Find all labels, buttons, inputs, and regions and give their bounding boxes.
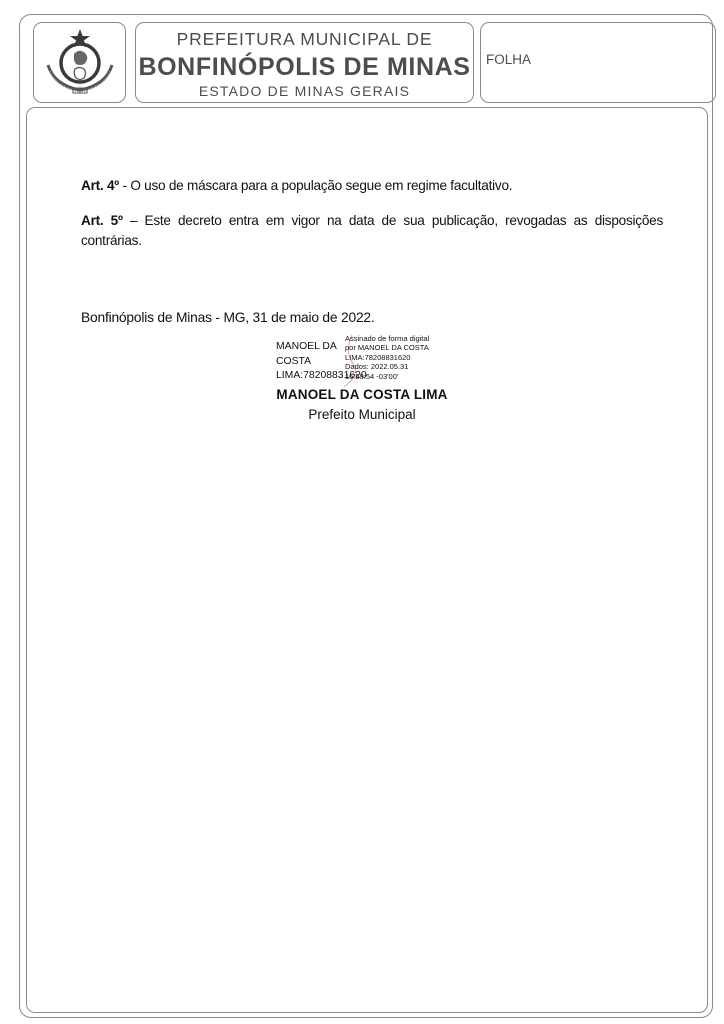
coat-of-arms-icon <box>40 27 120 100</box>
article-5-text: Este decreto entra em vigor na data de s… <box>81 213 663 248</box>
header-state: ESTADO DE MINAS GERAIS <box>136 83 473 99</box>
signer-role: Prefeito Municipal <box>0 407 724 422</box>
folha-label: FOLHA <box>486 52 531 67</box>
article-5: Art. 5º – Este decreto entra em vigor na… <box>81 211 663 251</box>
header-line1: PREFEITURA MUNICIPAL DE <box>136 29 473 50</box>
place-date: Bonfinópolis de Minas - MG, 31 de maio d… <box>81 310 375 325</box>
digital-signature-info: Assinado de forma digital por MANOEL DA … <box>345 334 429 381</box>
logo-box <box>33 22 126 103</box>
article-4-label: Art. 4º <box>81 178 119 193</box>
folha-box: FOLHA <box>480 22 716 103</box>
article-4: Art. 4º - O uso de máscara para a popula… <box>81 176 663 196</box>
title-box: PREFEITURA MUNICIPAL DE BONFINÓPOLIS DE … <box>135 22 474 103</box>
municipality-name: BONFINÓPOLIS DE MINAS <box>136 53 473 82</box>
article-5-label: Art. 5º <box>81 213 123 228</box>
article-4-text: O uso de máscara para a população segue … <box>130 178 512 193</box>
signer-name: MANOEL DA COSTA LIMA <box>0 387 724 402</box>
